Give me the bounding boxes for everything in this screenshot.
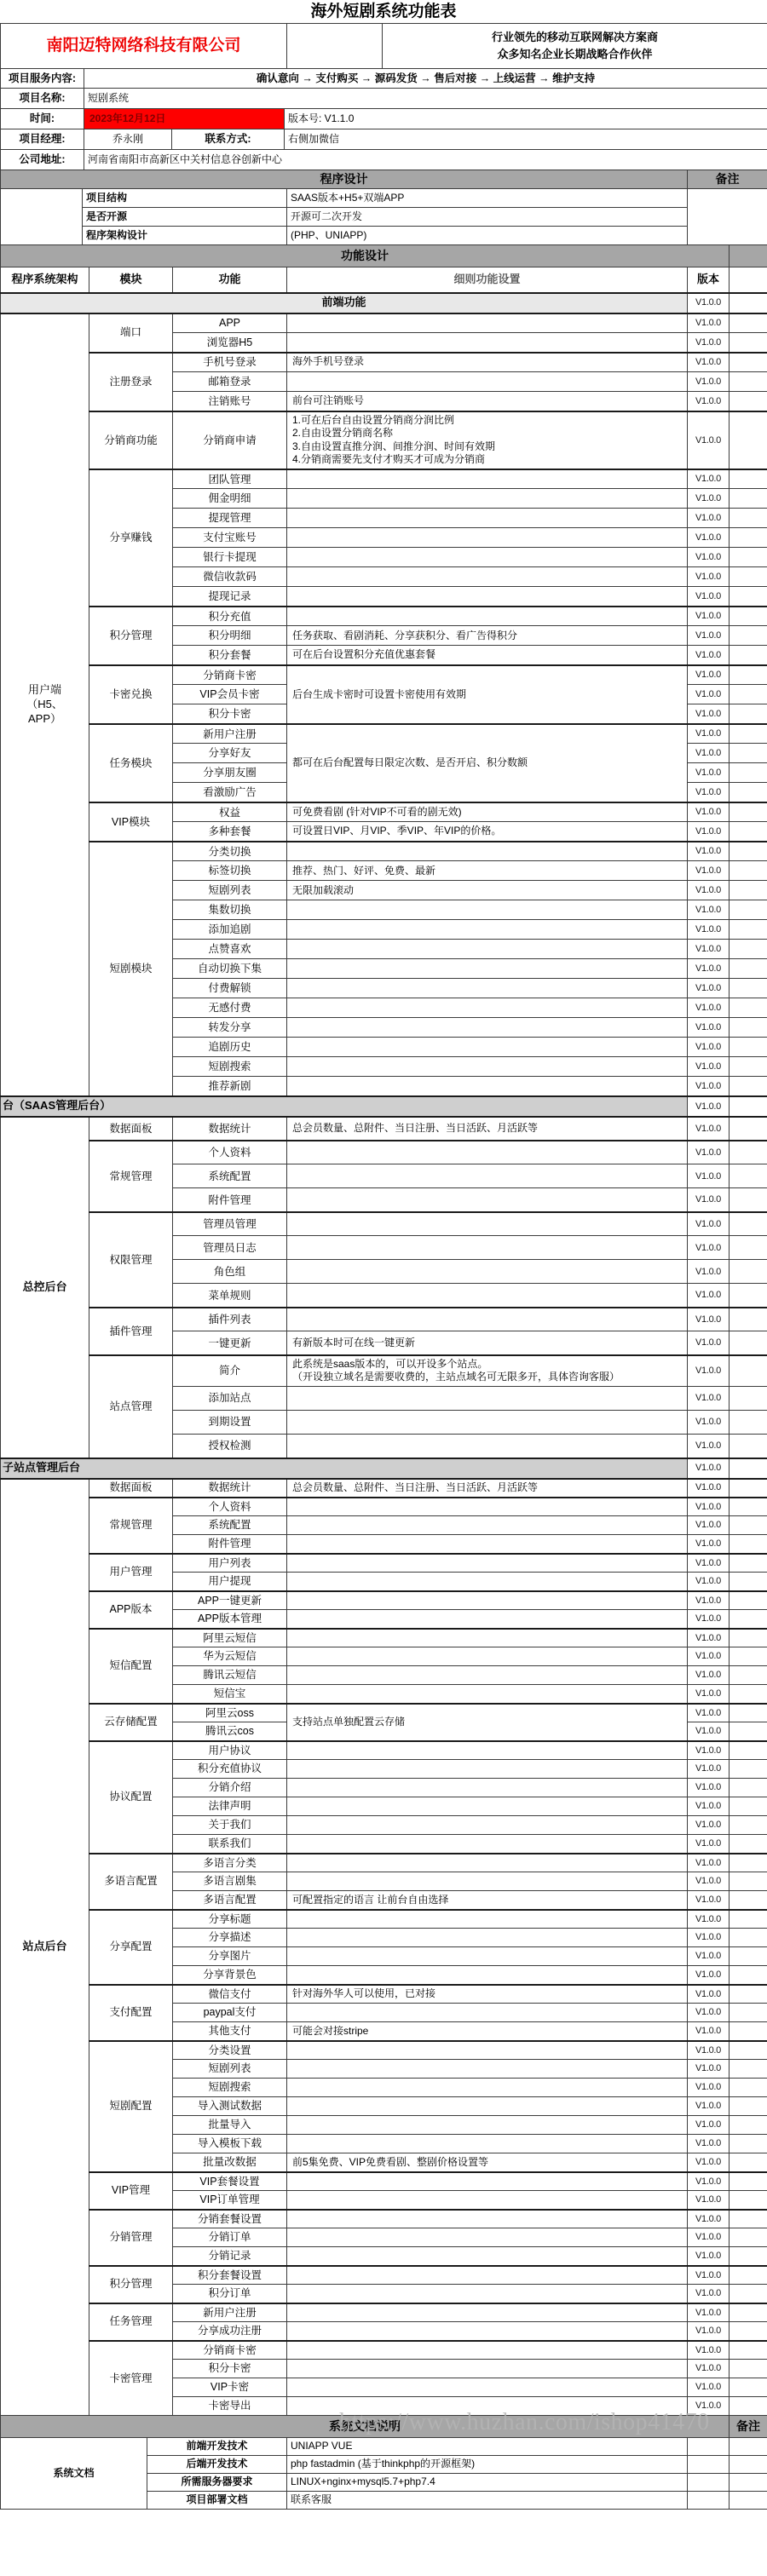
table-row: 支付配置微信支付针对海外华人可以使用，已对接V1.0.0 — [1, 1985, 767, 2004]
version-cell: V1.0.0 — [688, 293, 730, 313]
detail-cell: 海外手机号登录 — [287, 353, 688, 372]
arch-cell: 用户端 （H5、 APP） — [1, 313, 89, 1096]
design-label: 项目结构 — [83, 189, 287, 208]
function-cell: 插件列表 — [173, 1308, 287, 1331]
remark-cell — [730, 2079, 767, 2097]
module-cell: 数据面板 — [89, 1117, 173, 1141]
design-value: SAAS版本+H5+双端APP — [287, 189, 688, 208]
detail-cell: 此系统是saas版本的，可以开设多个站点。 （开设独立域名是需要收费的，主站点域… — [287, 1355, 688, 1387]
version-cell: V1.0.0 — [688, 2097, 730, 2116]
detail-cell — [287, 1629, 688, 1647]
remark-cell — [730, 1077, 767, 1096]
tagline-2: 众多知名企业长期战略合作伙伴 — [386, 46, 764, 63]
detail-cell — [287, 1554, 688, 1573]
time-label: 时间: — [1, 109, 84, 129]
address-row: 公司地址: 河南省南阳市高新区中关村信息谷创新中心 — [1, 150, 767, 170]
detail-cell: 可配置指定的语言 让前台自由选择 — [287, 1891, 688, 1910]
remark-cell — [730, 1891, 767, 1910]
remark-cell — [730, 2303, 767, 2322]
detail-cell — [287, 1929, 688, 1947]
version-cell: V1.0.0 — [688, 2360, 730, 2378]
detail-cell — [287, 509, 688, 528]
detail-cell — [287, 2303, 688, 2322]
section-band: 台（SAAS管理后台） — [1, 1096, 688, 1117]
function-cell: 管理员日志 — [173, 1236, 287, 1260]
detail-cell — [287, 1591, 688, 1610]
version-cell: V1.0.0 — [688, 1816, 730, 1835]
table-row: 协议配置用户协议V1.0.0 — [1, 1741, 767, 1760]
design-value: (PHP、UNIAPP) — [287, 227, 688, 245]
version-cell: V1.0.0 — [688, 1666, 730, 1685]
doc-value: UNIAPP VUE — [287, 2438, 688, 2456]
version-cell: V1.0.0 — [688, 509, 730, 528]
detail-cell — [287, 2247, 688, 2266]
version-cell: V1.0.0 — [688, 2172, 730, 2191]
function-design-table: 功能设计 程序系统架构 模块 功能 细则功能设置 版本 前端功能V1.0.0用户… — [0, 244, 767, 2416]
version-cell: V1.0.0 — [688, 333, 730, 353]
function-cell: 新用户注册 — [173, 724, 287, 744]
function-cell: 系统配置 — [173, 1164, 287, 1188]
remark-cell — [730, 1741, 767, 1760]
design-label: 是否开源 — [83, 208, 287, 227]
doc-value: php fastadmin (基于thinkphp的开源框架) — [287, 2456, 688, 2474]
function-cell: 分销商申请 — [173, 411, 287, 469]
version-cell: V1.0.0 — [688, 2397, 730, 2416]
function-cell: VIP套餐设置 — [173, 2172, 287, 2191]
module-cell: 协议配置 — [89, 1741, 173, 1854]
doc-value: LINUX+nginx+mysql5.7+php7.4 — [287, 2474, 688, 2492]
detail-cell: 前台可注销账号 — [287, 392, 688, 411]
table-row: 分销商功能分销商申请1.可在后台自由设置分销商分润比例 2.自由设置分销商名称 … — [1, 411, 767, 469]
function-cell: 简介 — [173, 1355, 287, 1387]
remark-cell — [730, 1573, 767, 1591]
detail-cell: 都可在后台配置每日限定次数、是否开启、积分数额 — [287, 724, 688, 802]
version-cell: V1.0.0 — [688, 1891, 730, 1910]
remark-cell — [730, 1722, 767, 1741]
remark-cell — [730, 587, 767, 607]
remark-cell — [730, 1797, 767, 1816]
function-cell: 联系我们 — [173, 1835, 287, 1854]
function-cell: 阿里云oss — [173, 1704, 287, 1722]
version-cell: V1.0.0 — [688, 1479, 730, 1498]
design-value: 开源可二次开发 — [287, 208, 688, 227]
function-cell: 注销账号 — [173, 392, 287, 411]
column-header-func: 功能 — [173, 267, 287, 293]
function-cell: 短剧列表 — [173, 2060, 287, 2079]
function-cell: 卡密导出 — [173, 2397, 287, 2416]
detail-cell — [287, 548, 688, 567]
detail-cell — [287, 979, 688, 998]
detail-cell — [287, 1760, 688, 1779]
remark-cell — [730, 979, 767, 998]
detail-cell — [287, 2191, 688, 2210]
table-row: 用户管理用户列表V1.0.0 — [1, 1554, 767, 1573]
detail-cell — [287, 1516, 688, 1535]
function-cell: 银行卡提现 — [173, 548, 287, 567]
function-design-band-row: 功能设计 — [1, 245, 767, 267]
remark-cell — [730, 1212, 767, 1236]
function-cell: 附件管理 — [173, 1535, 287, 1554]
table-row: 站点管理简介此系统是saas版本的，可以开设多个站点。 （开设独立域名是需要收费… — [1, 1355, 767, 1387]
detail-cell — [287, 1666, 688, 1685]
remark-cell — [730, 2004, 767, 2022]
function-cell: 分类设置 — [173, 2041, 287, 2060]
function-cell: 积分充值协议 — [173, 1760, 287, 1779]
function-cell: 积分明细 — [173, 626, 287, 646]
function-cell: 数据统计 — [173, 1117, 287, 1141]
table-row: APP版本APP一键更新V1.0.0 — [1, 1591, 767, 1610]
doc-label: 所需服务器要求 — [147, 2474, 287, 2492]
version-cell: V1.0.0 — [688, 2341, 730, 2360]
table-row: 用户端 （H5、 APP）端口APPV1.0.0 — [1, 313, 767, 333]
doc-label: 项目部署文档 — [147, 2492, 287, 2510]
table-row: 常规管理个人资料V1.0.0 — [1, 1141, 767, 1164]
module-cell: 任务管理 — [89, 2303, 173, 2341]
function-design-band: 功能设计 — [1, 245, 730, 267]
remark-cell — [730, 920, 767, 940]
detail-cell — [287, 567, 688, 587]
remark-cell — [730, 1760, 767, 1779]
remark-cell — [730, 2266, 767, 2285]
section-band: 前端功能 — [1, 293, 688, 313]
version-cell: V1.0.0 — [688, 1096, 730, 1117]
detail-cell — [287, 1387, 688, 1411]
remark-cell — [730, 1704, 767, 1722]
module-cell: 卡密兑换 — [89, 665, 173, 724]
function-cell: VIP订单管理 — [173, 2191, 287, 2210]
remark-cell — [730, 724, 767, 744]
function-cell: 转发分享 — [173, 1018, 287, 1038]
doc-arch-cell: 系统文档 — [1, 2438, 147, 2510]
module-cell: 端口 — [89, 313, 173, 353]
version-cell: V1.0.0 — [688, 1018, 730, 1038]
function-cell: 短信宝 — [173, 1685, 287, 1704]
version-cell: V1.0.0 — [688, 1212, 730, 1236]
remark-cell — [730, 411, 767, 469]
table-row: 卡密管理分销商卡密V1.0.0 — [1, 2341, 767, 2360]
page-title: 海外短剧系统功能表 — [0, 0, 767, 23]
function-cell: 积分充值 — [173, 607, 287, 626]
module-cell: 积分管理 — [89, 607, 173, 665]
module-cell: 站点管理 — [89, 1355, 173, 1458]
module-cell: 积分管理 — [89, 2266, 173, 2303]
design-label: 程序架构设计 — [83, 227, 287, 245]
program-design-band-row: 程序设计 备注 — [1, 170, 767, 189]
version-cell: V1.0.0 — [688, 1554, 730, 1573]
version-cell: V1.0.0 — [688, 1458, 730, 1479]
table-row: 短信配置阿里云短信V1.0.0 — [1, 1629, 767, 1647]
function-cell: 积分套餐设置 — [173, 2266, 287, 2285]
version-cell: V1.0.0 — [688, 2135, 730, 2153]
detail-cell — [287, 842, 688, 861]
detail-cell — [287, 2228, 688, 2247]
table-row: 插件管理插件列表V1.0.0 — [1, 1308, 767, 1331]
version-cell: V1.0.0 — [688, 2153, 730, 2172]
detail-cell — [287, 587, 688, 607]
remark-cell — [730, 2360, 767, 2378]
version-cell: V1.0.0 — [688, 1308, 730, 1331]
remark-cell — [730, 1117, 767, 1141]
remark-cell — [730, 1018, 767, 1038]
remark-cell — [730, 626, 767, 646]
remark-cell — [730, 489, 767, 509]
detail-cell — [287, 1212, 688, 1236]
function-cell: 添加追剧 — [173, 920, 287, 940]
function-cell: APP版本管理 — [173, 1610, 287, 1629]
table-row: 任务管理新用户注册V1.0.0 — [1, 2303, 767, 2322]
table-row: 项目结构 SAAS版本+H5+双端APP — [1, 189, 767, 208]
remark-cell — [730, 1164, 767, 1188]
version-cell: V1.0.0 — [688, 1411, 730, 1435]
column-header-arch: 程序系统架构 — [1, 267, 89, 293]
version-cell: V1.0.0 — [688, 1854, 730, 1872]
remark-cell — [730, 1966, 767, 1985]
remark-cell — [730, 1498, 767, 1516]
function-cell: 邮箱登录 — [173, 372, 287, 392]
remark-cell — [730, 548, 767, 567]
version-cell: V1.0.0 — [688, 998, 730, 1018]
function-cell: 推荐新剧 — [173, 1077, 287, 1096]
remark-cell — [730, 1188, 767, 1212]
column-header-version: 版本 — [688, 267, 730, 293]
remark-cell — [730, 2322, 767, 2341]
version-cell: V1.0.0 — [688, 665, 730, 685]
blank-cell — [688, 2474, 730, 2492]
function-cell: 用户提现 — [173, 1573, 287, 1591]
remark-cell — [730, 509, 767, 528]
detail-cell — [287, 2135, 688, 2153]
detail-cell — [287, 1188, 688, 1212]
version-cell: V1.0.0 — [688, 528, 730, 548]
function-cell: 追剧历史 — [173, 1038, 287, 1057]
remark-cell — [730, 353, 767, 372]
manager-row: 项目经理: 乔永刚 联系方式: 右侧加微信 — [1, 129, 767, 150]
function-cell: 管理员管理 — [173, 1212, 287, 1236]
version-cell: V1.0.0 — [688, 704, 730, 724]
version-cell: V1.0.0 — [688, 881, 730, 900]
detail-cell — [287, 1284, 688, 1308]
address-value: 河南省南阳市高新区中关村信息谷创新中心 — [84, 150, 767, 170]
version-cell: V1.0.0 — [688, 1985, 730, 2004]
detail-cell: 总会员数量、总附件、当日注册、当日活跃、月活跃等 — [287, 1117, 688, 1141]
version-cell: V1.0.0 — [688, 1164, 730, 1188]
remark-cell — [730, 1331, 767, 1355]
version-cell: V1.0.0 — [688, 1435, 730, 1458]
version-cell: V1.0.0 — [688, 2378, 730, 2397]
module-cell: 短剧配置 — [89, 2041, 173, 2172]
version-cell: V1.0.0 — [688, 2303, 730, 2322]
remark-cell — [730, 2438, 767, 2456]
remark-cell — [730, 2492, 767, 2510]
function-cell: 分销套餐设置 — [173, 2210, 287, 2228]
function-cell: 积分卡密 — [173, 2360, 287, 2378]
version-cell: V1.0.0 — [688, 1077, 730, 1096]
detail-cell — [287, 2210, 688, 2228]
version-cell: V1.0.0 — [688, 1516, 730, 1535]
table-row: 系统文档 前端开发技术 UNIAPP VUE — [1, 2438, 767, 2456]
arch-cell: 总控后台 — [1, 1117, 89, 1458]
table-row: 分销管理分销套餐设置V1.0.0 — [1, 2210, 767, 2228]
detail-cell — [287, 1535, 688, 1554]
version-cell: V1.0.0 — [688, 2285, 730, 2303]
function-cell: 阿里云短信 — [173, 1629, 287, 1647]
module-cell: 插件管理 — [89, 1308, 173, 1355]
version-cell: V1.0.0 — [688, 1835, 730, 1854]
detail-cell — [287, 998, 688, 1018]
remark-cell — [730, 2285, 767, 2303]
function-cell: 分销商卡密 — [173, 665, 287, 685]
version-cell: V1.0.0 — [688, 940, 730, 959]
remark-cell — [730, 1435, 767, 1458]
function-cell: 分销介绍 — [173, 1779, 287, 1797]
version-cell: V1.0.0 — [688, 1355, 730, 1387]
function-cell: 自动切换下集 — [173, 959, 287, 979]
detail-cell — [287, 1573, 688, 1591]
version-cell: V1.0.0 — [688, 313, 730, 333]
detail-cell — [287, 333, 688, 353]
version-cell: V1.0.0 — [688, 685, 730, 704]
function-cell: 分销订单 — [173, 2228, 287, 2247]
remark-cell — [730, 1929, 767, 1947]
version-cell: V1.0.0 — [688, 900, 730, 920]
module-cell: 用户管理 — [89, 1554, 173, 1591]
module-cell: VIP模块 — [89, 802, 173, 842]
doc-remark-header: 备注 — [730, 2416, 767, 2438]
function-cell: 其他支付 — [173, 2022, 287, 2041]
version-cell: V1.0.0 — [688, 1629, 730, 1647]
version-cell: V1.0.0 — [688, 861, 730, 881]
version-cell: V1.0.0 — [688, 1685, 730, 1704]
table-row: 站点后台数据面板数据统计总会员数量、总附件、当日注册、当日活跃、月活跃等V1.0… — [1, 1479, 767, 1498]
function-cell: 授权检测 — [173, 1435, 287, 1458]
remark-cell — [730, 802, 767, 822]
function-cell: 看激励广告 — [173, 783, 287, 802]
version-cell: V1.0.0 — [688, 842, 730, 861]
table-row: 卡密兑换分销商卡密后台生成卡密时可设置卡密使用有效期V1.0.0 — [1, 665, 767, 685]
remark-cell — [730, 567, 767, 587]
remark-cell — [730, 1629, 767, 1647]
module-cell: 任务模块 — [89, 724, 173, 802]
version-cell: V1.0.0 — [688, 469, 730, 489]
detail-cell — [287, 489, 688, 509]
function-cell: 多语言配置 — [173, 1891, 287, 1910]
remark-cell — [730, 1458, 767, 1479]
function-cell: 个人资料 — [173, 1498, 287, 1516]
project-info-table: 项目服务内容: 确认意向 → 支付购买 → 源码发货 → 售后对接 → 上线运营… — [0, 68, 767, 170]
function-cell: 到期设置 — [173, 1411, 287, 1435]
module-cell: 分享赚钱 — [89, 469, 173, 607]
version-cell: V1.0.0 — [688, 548, 730, 567]
version-cell: V1.0.0 — [688, 1704, 730, 1722]
remark-cell — [730, 763, 767, 783]
detail-cell — [287, 1741, 688, 1760]
function-cell: 添加站点 — [173, 1387, 287, 1411]
detail-cell — [287, 940, 688, 959]
service-row: 项目服务内容: 确认意向 → 支付购买 → 源码发货 → 售后对接 → 上线运营… — [1, 69, 767, 89]
remark-cell — [730, 1411, 767, 1435]
function-cell: 分享好友 — [173, 744, 287, 763]
version-cell: V1.0.0 — [688, 1741, 730, 1760]
remark-cell — [730, 1910, 767, 1929]
detail-cell — [287, 2097, 688, 2116]
version-cell: V1.0.0 — [688, 1331, 730, 1355]
version-cell: V1.0.0 — [688, 2210, 730, 2228]
module-cell: 权限管理 — [89, 1212, 173, 1308]
remark-cell — [730, 2210, 767, 2228]
version-cell: V1.0.0 — [688, 646, 730, 665]
remark-cell — [730, 2341, 767, 2360]
function-cell: 数据统计 — [173, 1479, 287, 1498]
company-name: 南阳迈特网络科技有限公司 — [1, 24, 287, 69]
version-cell: V1.0.0 — [688, 1498, 730, 1516]
function-cell: 付费解锁 — [173, 979, 287, 998]
detail-cell — [287, 920, 688, 940]
remark-cell — [730, 1516, 767, 1535]
version-cell: V1.0.0 — [688, 1947, 730, 1966]
table-row: 程序架构设计 (PHP、UNIAPP) — [1, 227, 767, 245]
version-cell: V1.0.0 — [688, 802, 730, 822]
version-cell: V1.0.0 — [688, 2191, 730, 2210]
version-cell: V1.0.0 — [688, 1647, 730, 1666]
manager-label: 项目经理: — [1, 129, 84, 150]
remark-cell — [730, 1610, 767, 1629]
version-cell: V1.0.0 — [688, 763, 730, 783]
detail-cell — [287, 1966, 688, 1985]
version-number: 版本号: V1.1.0 — [285, 109, 767, 129]
detail-cell — [287, 1498, 688, 1516]
module-cell: 常规管理 — [89, 1498, 173, 1554]
remark-cell — [730, 372, 767, 392]
version-cell: V1.0.0 — [688, 822, 730, 842]
detail-cell — [287, 1057, 688, 1077]
doc-table: 系统文档说明 备注 系统文档 前端开发技术 UNIAPP VUE 后端开发技术 … — [0, 2415, 767, 2510]
detail-cell — [287, 1835, 688, 1854]
detail-cell — [287, 1779, 688, 1797]
function-cell: 系统配置 — [173, 1516, 287, 1535]
function-cell: 分销记录 — [173, 2247, 287, 2266]
remark-cell — [730, 1816, 767, 1835]
version-cell: V1.0.0 — [688, 2041, 730, 2060]
table-row: 注册登录手机号登录海外手机号登录V1.0.0 — [1, 353, 767, 372]
version-cell: V1.0.0 — [688, 392, 730, 411]
function-cell: 一键更新 — [173, 1331, 287, 1355]
remark-cell — [730, 1141, 767, 1164]
version-cell: V1.0.0 — [688, 411, 730, 469]
time-row: 时间: 2023年12月12日 版本号: V1.1.0 — [1, 109, 767, 129]
detail-cell — [287, 2378, 688, 2397]
function-cell: 批量改数据 — [173, 2153, 287, 2172]
version-cell: V1.0.0 — [688, 1057, 730, 1077]
detail-cell — [287, 1038, 688, 1057]
function-cell: 多语言剧集 — [173, 1872, 287, 1891]
doc-band: 系统文档说明 — [1, 2416, 730, 2438]
function-table-header-row: 程序系统架构 模块 功能 细则功能设置 版本 — [1, 267, 767, 293]
detail-cell — [287, 1308, 688, 1331]
detail-cell — [287, 313, 688, 333]
detail-cell: 后台生成卡密时可设置卡密使用有效期 — [287, 665, 688, 724]
company-row: 南阳迈特网络科技有限公司 行业领先的移动互联网解决方案商 众多知名企业长期战略合… — [1, 24, 767, 69]
table-row: 分享配置分享标题V1.0.0 — [1, 1910, 767, 1929]
function-cell: 标签切换 — [173, 861, 287, 881]
function-cell: 短剧搜索 — [173, 1057, 287, 1077]
version-cell: V1.0.0 — [688, 959, 730, 979]
table-row: 短剧配置分类设置V1.0.0 — [1, 2041, 767, 2060]
remark-cell — [730, 842, 767, 861]
detail-cell — [287, 1854, 688, 1872]
table-row: 多语言配置多语言分类V1.0.0 — [1, 1854, 767, 1872]
module-cell: 分享配置 — [89, 1910, 173, 1985]
detail-cell — [287, 1018, 688, 1038]
